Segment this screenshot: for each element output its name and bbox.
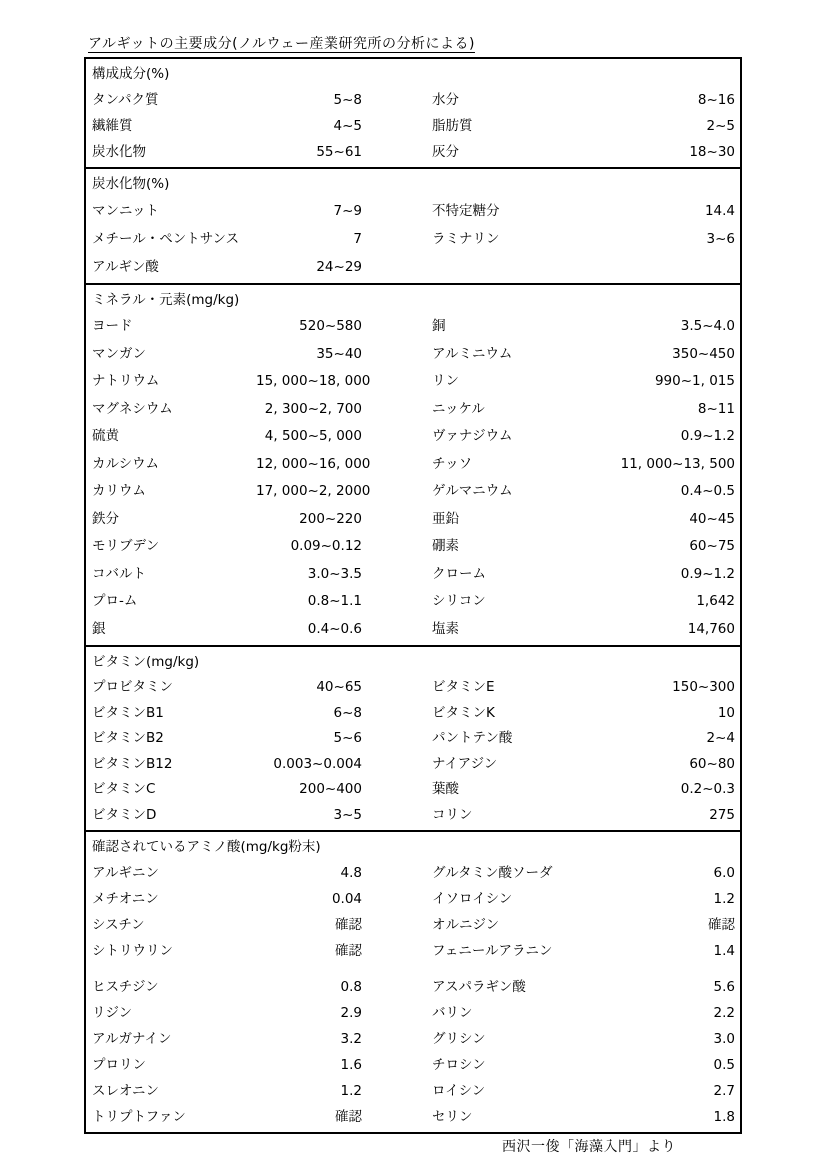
column-spacer — [362, 87, 432, 113]
document-page: アルギットの主要成分(ノルウェー産業研究所の分析による) 構成成分(%)タンパク… — [0, 0, 826, 1169]
component-value: 3.0~3.5 — [256, 561, 362, 589]
component-name: 葉酸 — [432, 777, 610, 803]
component-value: 6.0 — [610, 860, 740, 886]
component-name: チロシン — [432, 1052, 610, 1078]
table-row: リジン2.9バリン2.2 — [86, 1000, 740, 1026]
column-spacer — [362, 478, 432, 506]
column-spacer — [362, 777, 432, 803]
table-section: ビタミン(mg/kg)プロビタミン40~65ビタミンE150~300ビタミンB1… — [86, 647, 740, 832]
component-name: コリン — [432, 803, 610, 829]
component-name: モリブデン — [86, 533, 256, 561]
column-spacer — [362, 1104, 432, 1130]
section-header: 炭水化物(%) — [86, 171, 740, 197]
component-name: フェニールアラニン — [432, 938, 610, 964]
component-name: ビタミンE — [432, 675, 610, 701]
component-name: アルギン酸 — [86, 253, 256, 281]
component-value: 0.4~0.5 — [610, 478, 740, 506]
component-value: 0.04 — [256, 886, 362, 912]
component-value: 3~5 — [256, 803, 362, 829]
component-value: 5.6 — [610, 974, 740, 1000]
component-value: 0.8~1.1 — [256, 588, 362, 616]
column-spacer — [362, 912, 432, 938]
table-row: ビタミンD3~5コリン275 — [86, 803, 740, 829]
component-value: 0.003~0.004 — [256, 752, 362, 778]
table-row: ヨード520~580銅3.5~4.0 — [86, 313, 740, 341]
column-spacer — [362, 561, 432, 589]
column-spacer — [362, 1000, 432, 1026]
component-name: マンガン — [86, 341, 256, 369]
component-value: 12, 000~16, 000 — [256, 451, 362, 479]
column-spacer — [362, 253, 432, 281]
component-name: プロ-ム — [86, 588, 256, 616]
column-spacer — [362, 368, 432, 396]
component-value: 40~65 — [256, 675, 362, 701]
component-name: 不特定糖分 — [432, 197, 610, 225]
table-row: モリブデン0.09~0.12硼素60~75 — [86, 533, 740, 561]
component-value: 18~30 — [610, 139, 740, 165]
column-spacer — [362, 533, 432, 561]
column-spacer — [362, 396, 432, 424]
column-spacer — [362, 1078, 432, 1104]
column-spacer — [362, 616, 432, 644]
component-name: バリン — [432, 1000, 610, 1026]
component-name: アルミニウム — [432, 341, 610, 369]
component-value: 11, 000~13, 500 — [610, 451, 740, 479]
table-row: 繊維質4~5脂肪質2~5 — [86, 113, 740, 139]
composition-table: 構成成分(%)タンパク質5~8水分8~16繊維質4~5脂肪質2~5炭水化物55~… — [84, 57, 742, 1134]
component-name: マグネシウム — [86, 396, 256, 424]
component-name: クローム — [432, 561, 610, 589]
table-row: 炭水化物55~61灰分18~30 — [86, 139, 740, 165]
component-name: コバルト — [86, 561, 256, 589]
table-row: タンパク質5~8水分8~16 — [86, 87, 740, 113]
column-spacer — [362, 701, 432, 727]
component-value: 2, 300~2, 700 — [256, 396, 362, 424]
component-value: 2~4 — [610, 726, 740, 752]
component-value: 8~16 — [610, 87, 740, 113]
component-value: 確認 — [256, 912, 362, 938]
component-value: 6~8 — [256, 701, 362, 727]
component-name: トリプトファン — [86, 1104, 256, 1130]
table-row: プロビタミン40~65ビタミンE150~300 — [86, 675, 740, 701]
component-value: 2.9 — [256, 1000, 362, 1026]
column-spacer — [362, 139, 432, 165]
section-header: ビタミン(mg/kg) — [86, 649, 740, 675]
component-value: 確認 — [256, 938, 362, 964]
component-name: 硼素 — [432, 533, 610, 561]
table-row: カルシウム12, 000~16, 000チッソ11, 000~13, 500 — [86, 451, 740, 479]
component-value: 60~80 — [610, 752, 740, 778]
table-row: メチール・ペントサンス7ラミナリン3~6 — [86, 225, 740, 253]
column-spacer — [362, 1052, 432, 1078]
component-name: アルギニン — [86, 860, 256, 886]
component-value: 0.4~0.6 — [256, 616, 362, 644]
component-value: 14.4 — [610, 197, 740, 225]
component-name: セリン — [432, 1104, 610, 1130]
column-spacer — [362, 197, 432, 225]
component-name: ロイシン — [432, 1078, 610, 1104]
component-name: ヨード — [86, 313, 256, 341]
component-name: イソロイシン — [432, 886, 610, 912]
component-name: アスパラギン酸 — [432, 974, 610, 1000]
component-name: 炭水化物 — [86, 139, 256, 165]
component-name: ラミナリン — [432, 225, 610, 253]
component-value: 2.2 — [610, 1000, 740, 1026]
table-row: メチオニン0.04イソロイシン1.2 — [86, 886, 740, 912]
table-row: 鉄分200~220亜鉛40~45 — [86, 506, 740, 534]
column-spacer — [362, 860, 432, 886]
column-spacer — [362, 423, 432, 451]
column-spacer — [362, 938, 432, 964]
component-name: グリシン — [432, 1026, 610, 1052]
component-name: マンニット — [86, 197, 256, 225]
component-name: タンパク質 — [86, 87, 256, 113]
component-name: リン — [432, 368, 610, 396]
component-name: カルシウム — [86, 451, 256, 479]
table-row: 硫黄4, 500~5, 000ヴァナジウム0.9~1.2 — [86, 423, 740, 451]
component-value: 990~1, 015 — [610, 368, 740, 396]
component-value: 2~5 — [610, 113, 740, 139]
component-name: 硫黄 — [86, 423, 256, 451]
component-value: 0.9~1.2 — [610, 561, 740, 589]
column-spacer — [362, 113, 432, 139]
component-value — [610, 253, 740, 281]
component-value: 8~11 — [610, 396, 740, 424]
table-row: プロリン1.6チロシン0.5 — [86, 1052, 740, 1078]
component-value: 0.2~0.3 — [610, 777, 740, 803]
component-name: プロリン — [86, 1052, 256, 1078]
table-row: アルガナイン3.2グリシン3.0 — [86, 1026, 740, 1052]
column-spacer — [362, 974, 432, 1000]
table-section: 確認されているアミノ酸(mg/kg粉末)アルギニン4.8グルタミン酸ソーダ6.0… — [86, 832, 740, 1132]
component-name: 灰分 — [432, 139, 610, 165]
component-name: 銅 — [432, 313, 610, 341]
column-spacer — [362, 225, 432, 253]
component-name: 銀 — [86, 616, 256, 644]
component-value: 確認 — [256, 1104, 362, 1130]
component-name: シスチン — [86, 912, 256, 938]
component-value: 1.8 — [610, 1104, 740, 1130]
component-value: 1.2 — [256, 1078, 362, 1104]
table-row: カリウム17, 000~2, 2000ゲルマニウム0.4~0.5 — [86, 478, 740, 506]
column-spacer — [362, 726, 432, 752]
column-spacer — [362, 313, 432, 341]
component-value: 7 — [256, 225, 362, 253]
component-name: 亜鉛 — [432, 506, 610, 534]
component-name: メチオニン — [86, 886, 256, 912]
component-name: ニッケル — [432, 396, 610, 424]
component-value: 350~450 — [610, 341, 740, 369]
component-value: 520~580 — [256, 313, 362, 341]
table-row: ヒスチジン0.8アスパラギン酸5.6 — [86, 974, 740, 1000]
component-value: 4.8 — [256, 860, 362, 886]
component-name: オルニジン — [432, 912, 610, 938]
table-row: ナトリウム15, 000~18, 000リン990~1, 015 — [86, 368, 740, 396]
component-name: 繊維質 — [86, 113, 256, 139]
component-value: 4, 500~5, 000 — [256, 423, 362, 451]
column-spacer — [362, 675, 432, 701]
table-row: ビタミンC200~400葉酸0.2~0.3 — [86, 777, 740, 803]
component-value: 200~220 — [256, 506, 362, 534]
component-value: 3.0 — [610, 1026, 740, 1052]
component-value: 200~400 — [256, 777, 362, 803]
component-name: ビタミンC — [86, 777, 256, 803]
component-name: カリウム — [86, 478, 256, 506]
page-title: アルギットの主要成分(ノルウェー産業研究所の分析による) — [88, 33, 475, 53]
component-value: 275 — [610, 803, 740, 829]
section-header: 確認されているアミノ酸(mg/kg粉末) — [86, 834, 740, 860]
component-value: 5~6 — [256, 726, 362, 752]
table-row: トリプトファン確認セリン1.8 — [86, 1104, 740, 1130]
component-value: 5~8 — [256, 87, 362, 113]
table-row: ビタミンB120.003~0.004ナイアジン60~80 — [86, 752, 740, 778]
section-header: 構成成分(%) — [86, 61, 740, 87]
source-citation: 西沢一俊「海藻入門」より — [84, 1136, 676, 1156]
column-spacer — [362, 803, 432, 829]
component-name: チッソ — [432, 451, 610, 479]
component-value: 1.4 — [610, 938, 740, 964]
component-value: 1,642 — [610, 588, 740, 616]
component-name: シトリウリン — [86, 938, 256, 964]
table-row: マンニット7~9不特定糖分14.4 — [86, 197, 740, 225]
component-value: 17, 000~2, 2000 — [256, 478, 362, 506]
component-value: 0.5 — [610, 1052, 740, 1078]
component-name: プロビタミン — [86, 675, 256, 701]
component-value: 15, 000~18, 000 — [256, 368, 362, 396]
component-name: スレオニン — [86, 1078, 256, 1104]
component-value: 24~29 — [256, 253, 362, 281]
component-name: リジン — [86, 1000, 256, 1026]
table-row: プロ-ム0.8~1.1シリコン1,642 — [86, 588, 740, 616]
table-section: 炭水化物(%)マンニット7~9不特定糖分14.4メチール・ペントサンス7ラミナリ… — [86, 169, 740, 285]
component-value: 55~61 — [256, 139, 362, 165]
table-row: スレオニン1.2ロイシン2.7 — [86, 1078, 740, 1104]
column-spacer — [362, 341, 432, 369]
component-value: 2.7 — [610, 1078, 740, 1104]
component-name: パントテン酸 — [432, 726, 610, 752]
component-value: 1.2 — [610, 886, 740, 912]
column-spacer — [362, 886, 432, 912]
column-spacer — [362, 1026, 432, 1052]
section-header: ミネラル・元素(mg/kg) — [86, 287, 740, 313]
component-name: グルタミン酸ソーダ — [432, 860, 610, 886]
component-name: 塩素 — [432, 616, 610, 644]
component-name: ビタミンK — [432, 701, 610, 727]
component-value: 14,760 — [610, 616, 740, 644]
component-name: 脂肪質 — [432, 113, 610, 139]
component-name: ビタミンB1 — [86, 701, 256, 727]
table-row: ビタミンB25~6パントテン酸2~4 — [86, 726, 740, 752]
table-row: 銀0.4~0.6塩素14,760 — [86, 616, 740, 644]
table-row: マンガン35~40アルミニウム350~450 — [86, 341, 740, 369]
component-value: 4~5 — [256, 113, 362, 139]
component-value: 3.2 — [256, 1026, 362, 1052]
column-spacer — [362, 588, 432, 616]
table-row: アルギン酸24~29 — [86, 253, 740, 281]
table-row: シトリウリン確認フェニールアラニン1.4 — [86, 938, 740, 964]
component-name: ゲルマニウム — [432, 478, 610, 506]
component-value: 確認 — [610, 912, 740, 938]
component-value: 40~45 — [610, 506, 740, 534]
component-name: 水分 — [432, 87, 610, 113]
table-section: 構成成分(%)タンパク質5~8水分8~16繊維質4~5脂肪質2~5炭水化物55~… — [86, 59, 740, 169]
component-name: ナイアジン — [432, 752, 610, 778]
component-value: 60~75 — [610, 533, 740, 561]
component-value: 1.6 — [256, 1052, 362, 1078]
table-row: シスチン確認オルニジン確認 — [86, 912, 740, 938]
component-name: ビタミンB2 — [86, 726, 256, 752]
component-value: 0.09~0.12 — [256, 533, 362, 561]
component-name: ヴァナジウム — [432, 423, 610, 451]
component-name: シリコン — [432, 588, 610, 616]
component-name: アルガナイン — [86, 1026, 256, 1052]
component-name: ヒスチジン — [86, 974, 256, 1000]
table-row: コバルト3.0~3.5クローム0.9~1.2 — [86, 561, 740, 589]
component-value: 7~9 — [256, 197, 362, 225]
column-spacer — [362, 506, 432, 534]
table-row: ビタミンB16~8ビタミンK10 — [86, 701, 740, 727]
table-row: アルギニン4.8グルタミン酸ソーダ6.0 — [86, 860, 740, 886]
table-section: ミネラル・元素(mg/kg)ヨード520~580銅3.5~4.0マンガン35~4… — [86, 285, 740, 647]
component-value: 150~300 — [610, 675, 740, 701]
component-name: メチール・ペントサンス — [86, 225, 256, 253]
component-name: ビタミンB12 — [86, 752, 256, 778]
column-spacer — [362, 451, 432, 479]
column-spacer — [362, 752, 432, 778]
component-value: 3.5~4.0 — [610, 313, 740, 341]
table-row: マグネシウム2, 300~2, 700ニッケル8~11 — [86, 396, 740, 424]
component-name: ビタミンD — [86, 803, 256, 829]
component-value: 0.9~1.2 — [610, 423, 740, 451]
component-value: 3~6 — [610, 225, 740, 253]
component-name — [432, 253, 610, 281]
component-value: 0.8 — [256, 974, 362, 1000]
component-name: ナトリウム — [86, 368, 256, 396]
component-name: 鉄分 — [86, 506, 256, 534]
component-value: 35~40 — [256, 341, 362, 369]
component-value: 10 — [610, 701, 740, 727]
